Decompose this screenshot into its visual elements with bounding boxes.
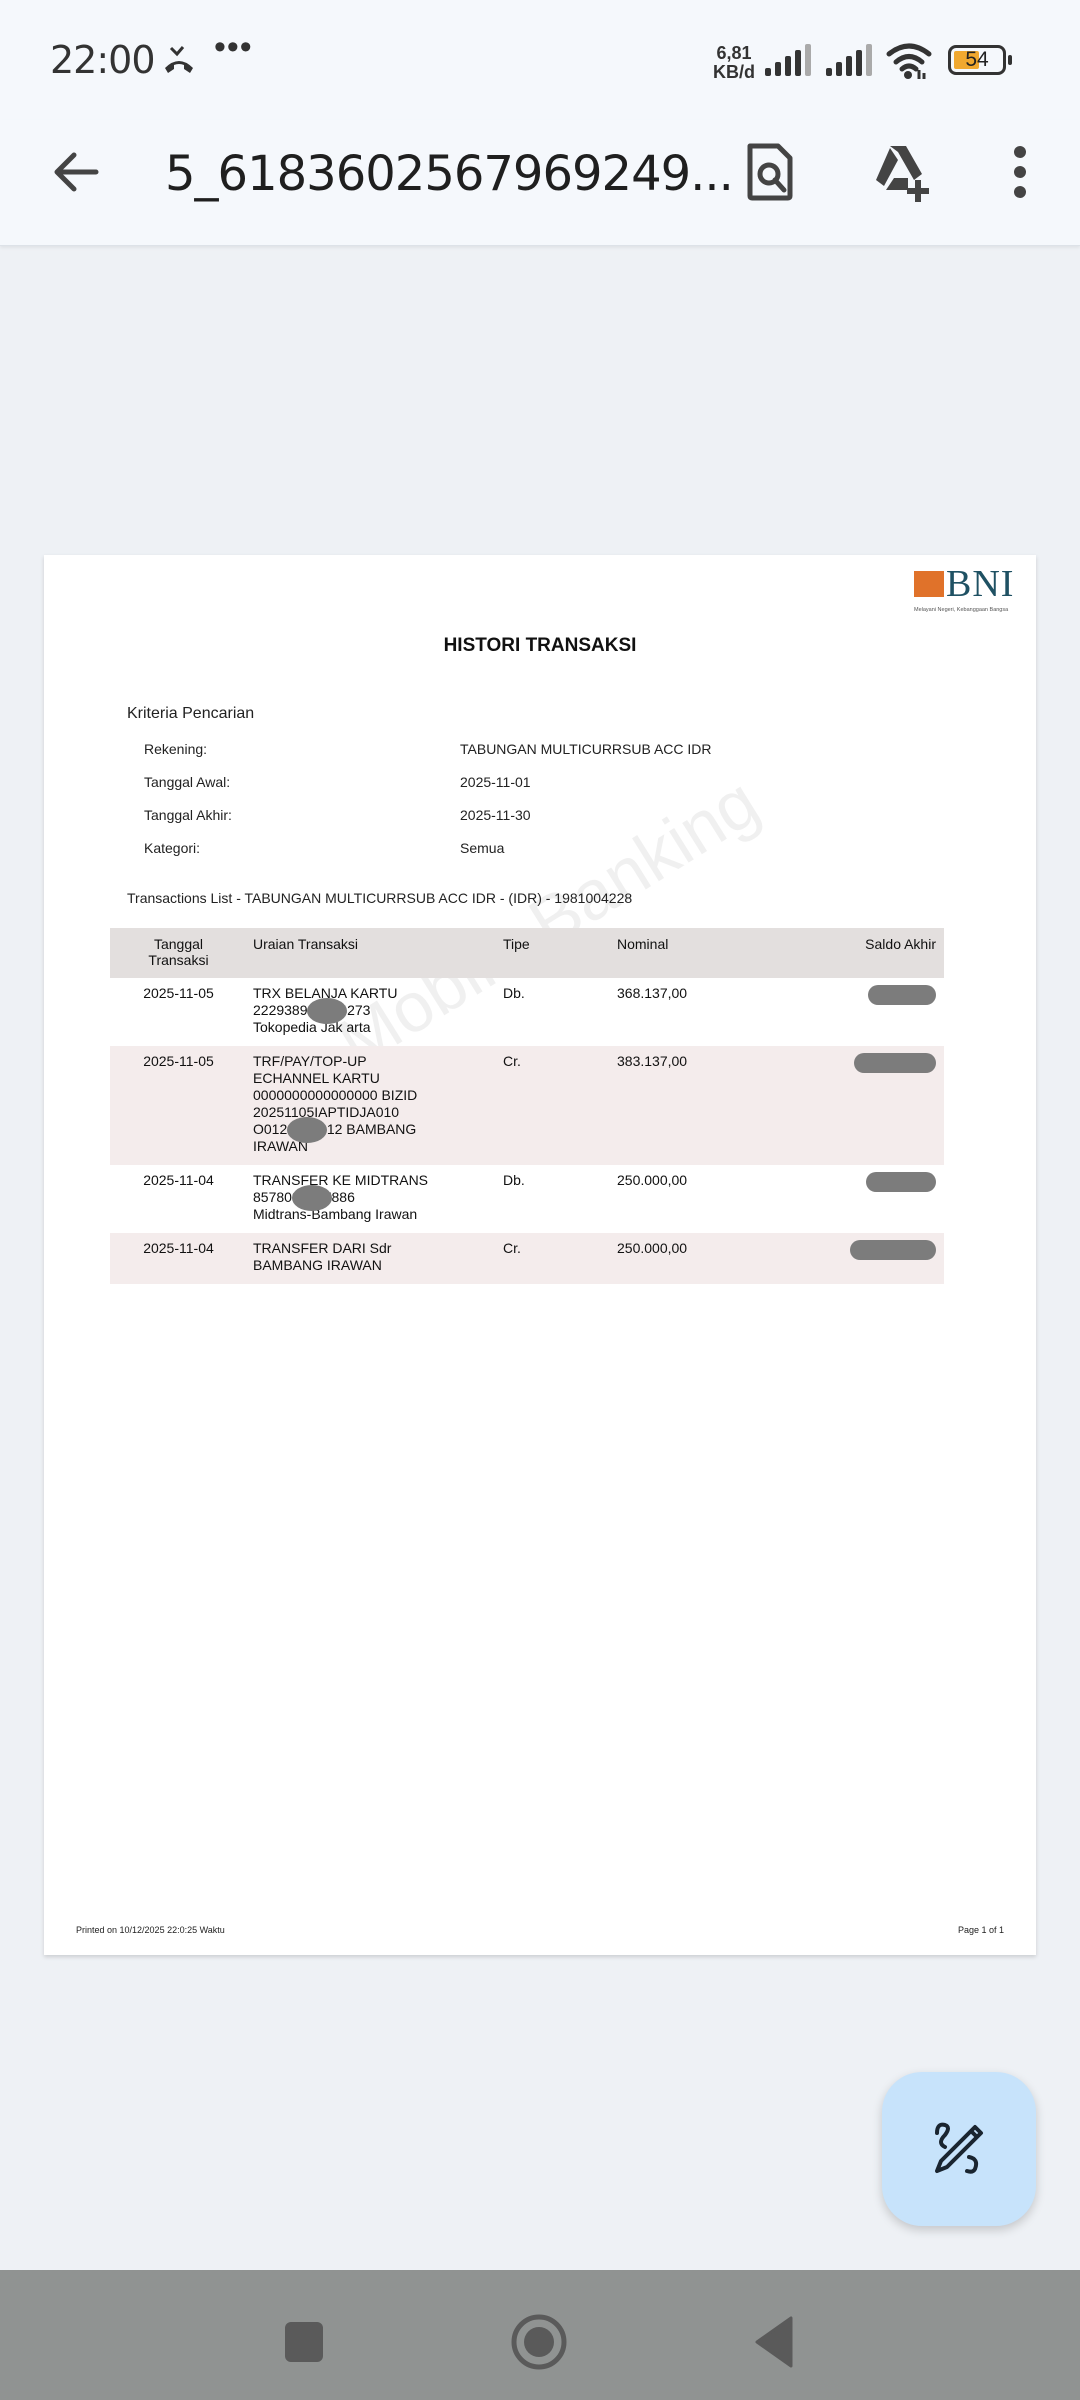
criteria-label: Tanggal Awal:	[144, 774, 230, 790]
cell-date: 2025-11-04	[110, 1233, 247, 1284]
cell-type: Cr.	[497, 1233, 587, 1284]
annotate-fab-button[interactable]	[882, 2072, 1036, 2226]
cell-type: Cr.	[497, 1046, 587, 1165]
cell-date: 2025-11-04	[110, 1165, 247, 1233]
more-notifications-icon: •••	[214, 28, 253, 67]
cell-amount: 368.137,00	[587, 978, 747, 1046]
cell-description: TRX BELANJA KARTU 222938984273 Tokopedia…	[247, 978, 497, 1046]
clock: 22:00	[50, 38, 155, 82]
table-row: 2025-11-04 TRANSFER DARI Sdr BAMBANG IRA…	[110, 1233, 944, 1284]
cell-date: 2025-11-05	[110, 978, 247, 1046]
cell-description: TRF/PAY/TOP-UP ECHANNEL KARTU 0000000000…	[247, 1046, 497, 1165]
cell-amount: 250.000,00	[587, 1233, 747, 1284]
criteria-label: Kategori:	[144, 840, 200, 856]
cell-amount: 250.000,00	[587, 1165, 747, 1233]
signal-sim1-icon	[765, 44, 813, 78]
cell-date: 2025-11-05	[110, 1046, 247, 1165]
back-triangle-icon[interactable]	[745, 2312, 805, 2372]
redaction-mark	[866, 1172, 936, 1192]
cell-balance	[747, 978, 944, 1046]
recents-square-icon[interactable]	[274, 2312, 334, 2372]
header-type: Tipe	[497, 928, 587, 978]
transactions-list-title: Transactions List - TABUNGAN MULTICURRSU…	[127, 890, 632, 906]
missed-call-icon	[162, 42, 196, 76]
battery-icon: 54	[948, 45, 1006, 75]
cell-description: TRANSFER KE MIDTRANS 8578087886 Midtrans…	[247, 1165, 497, 1233]
cell-balance	[747, 1233, 944, 1284]
criteria-value: Semua	[460, 840, 504, 856]
document-title: 5_6183602567969249...	[165, 146, 733, 202]
cell-description: TRANSFER DARI Sdr BAMBANG IRAWAN	[247, 1233, 497, 1284]
criteria-heading: Kriteria Pencarian	[127, 705, 254, 723]
cell-type: Db.	[497, 978, 587, 1046]
transactions-table: TanggalTransaksi Uraian Transaksi Tipe N…	[110, 928, 944, 1284]
document-heading: HISTORI TRANSAKSI	[44, 635, 1036, 657]
cell-amount: 383.137,00	[587, 1046, 747, 1165]
back-arrow-icon[interactable]	[48, 144, 104, 200]
battery-level: 54	[951, 48, 1003, 72]
redaction-mark	[850, 1240, 936, 1260]
draw-annotate-icon	[929, 2119, 989, 2179]
printed-timestamp: Printed on 10/12/2025 22:0:25 Waktu	[76, 1925, 225, 1935]
cell-balance	[747, 1165, 944, 1233]
app-bar: 5_6183602567969249...	[0, 120, 1080, 246]
bni-logo: BNI Melayani Negeri, Kebanggaan Bangsa	[914, 565, 1024, 615]
cell-balance	[747, 1046, 944, 1165]
pdf-page[interactable]: BNI Melayani Negeri, Kebanggaan Bangsa M…	[44, 555, 1036, 1955]
header-description: Uraian Transaksi	[247, 928, 497, 978]
criteria-label: Tanggal Akhir:	[144, 807, 232, 823]
header-balance: Saldo Akhir	[747, 928, 944, 978]
document-search-icon[interactable]	[738, 140, 802, 204]
criteria-label: Rekening:	[144, 741, 207, 757]
home-circle-icon[interactable]	[509, 2312, 569, 2372]
page-number: Page 1 of 1	[958, 1925, 1004, 1935]
bni-logo-mark-icon	[914, 571, 944, 597]
redaction-mark	[292, 1185, 332, 1211]
redaction-mark	[854, 1053, 936, 1073]
criteria-value: 2025-11-30	[460, 807, 531, 823]
data-speed: 6,81 KB/d	[713, 44, 755, 82]
header-date: TanggalTransaksi	[110, 928, 247, 978]
drive-add-icon[interactable]	[868, 140, 932, 204]
system-nav-bar	[0, 2270, 1080, 2400]
status-bar: 22:00 ••• 6,81 KB/d 54	[0, 0, 1080, 120]
criteria-value: TABUNGAN MULTICURRSUB ACC IDR	[460, 741, 712, 757]
redaction-mark	[868, 985, 936, 1005]
cell-type: Db.	[497, 1165, 587, 1233]
table-row: 2025-11-05 TRF/PAY/TOP-UP ECHANNEL KARTU…	[110, 1046, 944, 1165]
wifi-icon	[886, 42, 932, 80]
header-amount: Nominal	[587, 928, 747, 978]
redaction-mark	[287, 1117, 327, 1143]
table-row: 2025-11-04 TRANSFER KE MIDTRANS 85780878…	[110, 1165, 944, 1233]
criteria-value: 2025-11-01	[460, 774, 531, 790]
more-vertical-icon[interactable]	[988, 140, 1052, 204]
table-header-row: TanggalTransaksi Uraian Transaksi Tipe N…	[110, 928, 944, 978]
signal-sim2-icon	[826, 44, 874, 78]
table-row: 2025-11-05 TRX BELANJA KARTU 22293898427…	[110, 978, 944, 1046]
